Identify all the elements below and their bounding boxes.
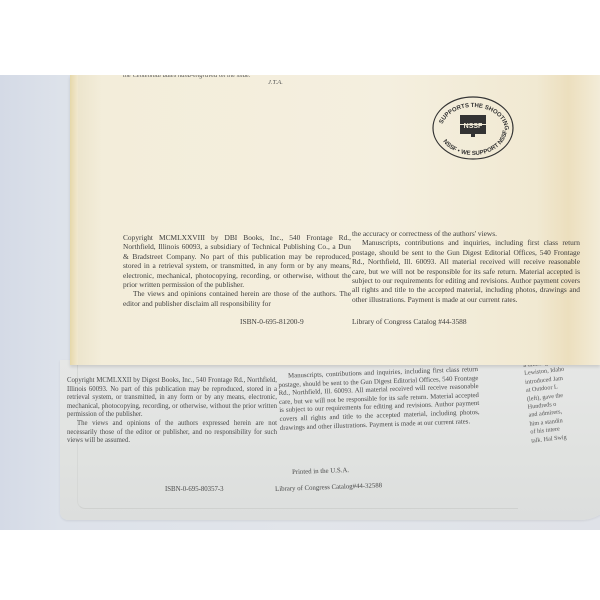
author-initials: J.T.A. bbox=[268, 79, 283, 86]
upper-isbn: ISBN-0-695-81200-9 bbox=[240, 317, 304, 326]
lower-views-disclaimer: The views and opinions of the authors ex… bbox=[67, 420, 277, 446]
upper-views-disclaimer: The views and opinions contained herein … bbox=[123, 289, 351, 308]
upper-book-page: the Centennial dates hand-engraved on th… bbox=[70, 75, 600, 365]
upper-copyright-notice: Copyright MCMLXXVIII by DBI Books, Inc.,… bbox=[123, 233, 351, 289]
seal-center-label: NSSF bbox=[464, 123, 483, 130]
upper-copyright-left-column: Copyright MCMLXXVIII by DBI Books, Inc.,… bbox=[123, 233, 351, 308]
lower-copyright-notice: Copyright MCMLXXII by Digest Books, Inc.… bbox=[67, 377, 277, 420]
lower-copyright-left-column: Copyright MCMLXXII by Digest Books, Inc.… bbox=[67, 377, 277, 446]
lower-manuscripts-notice: Manuscripts, contributions and inquiries… bbox=[278, 366, 480, 433]
nssf-seal-icon: SUPPORTS THE SHOOTING SPORTS NSSF • WE S… bbox=[431, 95, 515, 161]
lower-manuscripts-right-column: Manuscripts, contributions and inquiries… bbox=[278, 366, 480, 433]
side-column-fragment: a dinner given Lewiston, Idaho introduce… bbox=[523, 354, 600, 446]
photo-caption: the Centennial dates hand-engraved on th… bbox=[123, 75, 251, 79]
photo-background: Copyright MCMLXXII by Digest Books, Inc.… bbox=[0, 75, 600, 530]
upper-manuscripts-notice: Manuscripts, contributions and inquiries… bbox=[352, 238, 580, 304]
upper-accuracy-line: the accuracy or correctness of the autho… bbox=[352, 229, 580, 238]
lower-isbn: ISBN-0-695-80357-3 bbox=[165, 486, 224, 493]
upper-manuscripts-right-column: the accuracy or correctness of the autho… bbox=[352, 229, 580, 304]
page-spine-edge bbox=[70, 75, 78, 365]
upper-library-catalog: Library of Congress Catalog #44-3588 bbox=[352, 317, 467, 326]
